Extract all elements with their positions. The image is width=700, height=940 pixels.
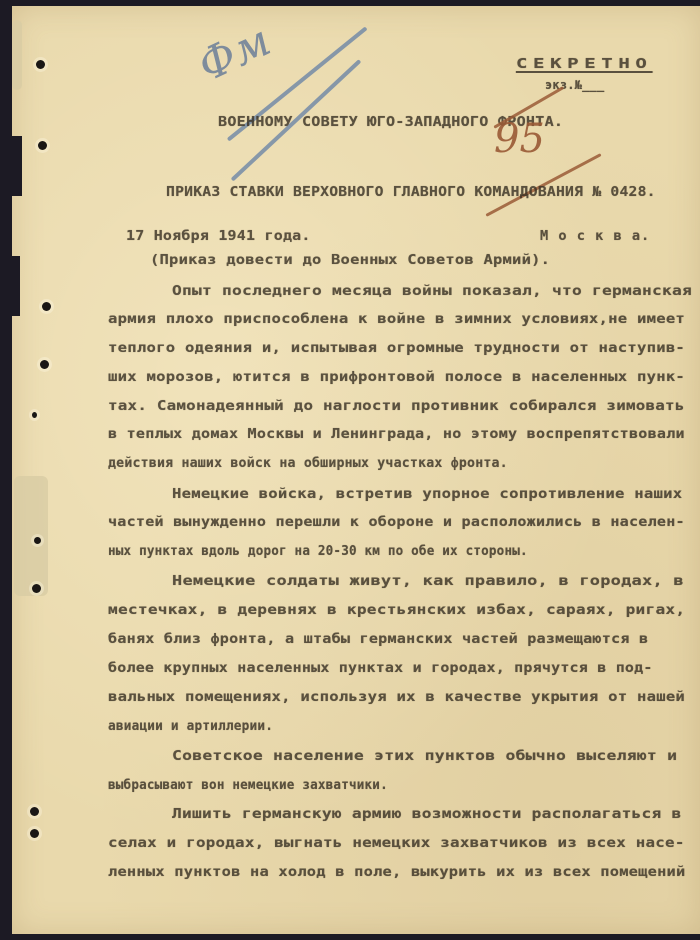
punch-hole xyxy=(30,807,39,816)
body-line: авиации и артиллерии. xyxy=(108,718,273,734)
body-line: теплого одеяния и, испытывая огромные тр… xyxy=(108,340,685,356)
torn-edge xyxy=(12,256,20,316)
distribution-note: (Приказ довести до Военных Советов Армий… xyxy=(150,252,550,268)
punch-hole xyxy=(30,829,39,838)
punch-hole xyxy=(36,60,45,69)
body-line: выбрасывают вон немецкие захватчики. xyxy=(108,777,388,793)
punch-hole xyxy=(38,141,47,150)
order-title: ПРИКАЗ СТАВКИ ВЕРХОВНОГО ГЛАВНОГО КОМАНД… xyxy=(166,184,656,200)
body-line: ших морозов, ютится в прифронтовой полос… xyxy=(108,369,685,385)
torn-edge-patch xyxy=(12,20,22,90)
punch-hole xyxy=(32,584,41,593)
body-line: действия наших войск на обширных участка… xyxy=(108,455,508,471)
punch-hole xyxy=(34,537,41,544)
body-line: Опыт последнего месяца войны показал, чт… xyxy=(172,283,692,299)
body-line: тах. Самонадеянный до наглости противник… xyxy=(108,398,685,414)
classification-stamp: СЕКРЕТНО xyxy=(516,56,652,72)
body-line: селах и городах, выгнать немецких захват… xyxy=(108,835,685,851)
punch-hole xyxy=(42,302,51,311)
torn-edge xyxy=(12,136,22,196)
order-date: 17 Ноября 1941 года. xyxy=(126,228,311,244)
punch-hole xyxy=(32,412,37,418)
body-line: ленных пунктов на холод в поле, выкурить… xyxy=(108,864,685,880)
body-line: вальных помещениях, используя их в качес… xyxy=(108,689,685,705)
body-line: Немецкие солдаты живут, как правило, в г… xyxy=(172,573,684,589)
body-line: Немецкие войска, встретив упорное сопрот… xyxy=(172,486,682,502)
body-line: Советское население этих пунктов обычно … xyxy=(172,748,677,764)
body-line: ных пунктах вдоль дорог на 20-30 км по о… xyxy=(108,543,528,559)
body-line: в теплых домах Москвы и Ленинграда, но э… xyxy=(108,426,685,442)
body-line: более крупных населенных пунктах и город… xyxy=(108,660,653,676)
torn-edge-patch xyxy=(14,476,48,596)
punch-hole xyxy=(40,360,49,369)
body-line: местечках, в деревнях в крестьянских изб… xyxy=(108,602,685,618)
body-line: армия плохо приспособлена к войне в зимн… xyxy=(108,311,685,327)
body-line: частей вынужденно перешли к обороне и ра… xyxy=(108,514,685,530)
body-line: Лишить германскую армию возможности расп… xyxy=(172,806,682,822)
order-place: М о с к в а. xyxy=(540,228,650,244)
body-line: банях близ фронта, а штабы германских ча… xyxy=(108,631,648,647)
